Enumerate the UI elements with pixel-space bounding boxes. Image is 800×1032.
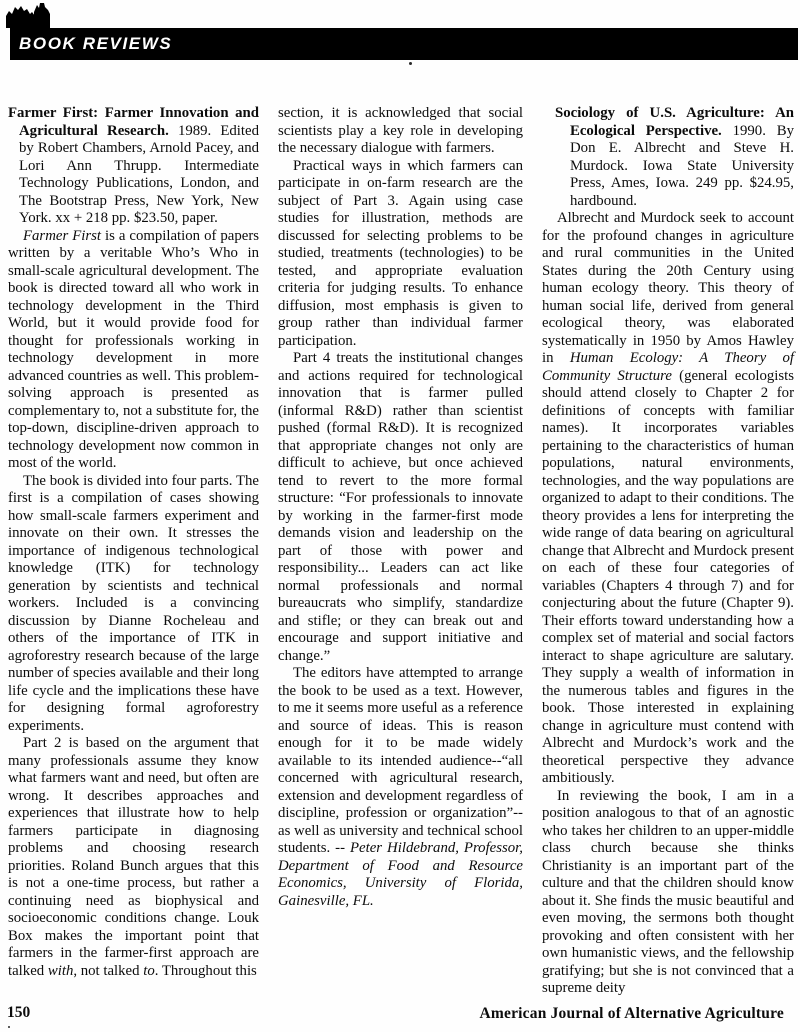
text-segment: In reviewing the book, I am in a positio… [542,788,794,997]
paragraph: The book is divided into four parts. The… [8,473,259,736]
text-segment: section, it is acknowledged that social … [278,105,523,156]
book-reviews-header-bar: BOOK REVIEWS [10,28,798,60]
scan-speck-artifact [8,1026,10,1028]
scan-speck-artifact [409,62,412,65]
paragraph: Sociology of U.S. Agriculture: An Ecolog… [542,105,794,210]
text-segment: . Throughout this [155,963,257,979]
paragraph: Farmer First: Farmer Innovation and Agri… [8,105,259,228]
text-segment: Part 4 treats the institutional changes … [278,350,523,664]
text-segment: is a compilation of papers written by a … [8,228,259,472]
text-column-3: Sociology of U.S. Agriculture: An Ecolog… [542,105,794,998]
text-segment: Practical ways in which farmers can part… [278,158,523,349]
text-segment: with [48,963,74,979]
paragraph: Part 4 treats the institutional changes … [278,350,523,665]
text-segment: , not talked [73,963,143,979]
text-column-2: section, it is acknowledged that social … [278,105,523,998]
paragraph: In reviewing the book, I am in a positio… [542,788,794,998]
text-segment: to [143,963,155,979]
text-segment: Albrecht and Murdock seek to account for… [542,210,794,366]
paragraph: Albrecht and Murdock seek to account for… [542,210,794,788]
paragraph: Farmer First is a compilation of papers … [8,228,259,473]
text-segment: Farmer First [23,228,101,244]
paragraph: section, it is acknowledged that social … [278,105,523,158]
text-segment: The book is divided into four parts. The… [8,473,259,734]
journal-title: American Journal of Alternative Agricult… [480,1005,785,1023]
paragraph: Practical ways in which farmers can part… [278,158,523,351]
section-title: BOOK REVIEWS [10,28,798,60]
text-segment: (general ecologists should attend closel… [542,368,794,787]
ink-smudge-artifact [5,2,51,28]
review-columns: Farmer First: Farmer Innovation and Agri… [8,105,794,998]
text-segment: The editors have attempted to arrange th… [278,665,523,856]
page-number: 150 [7,1004,30,1022]
text-segment: Part 2 is based on the argument that man… [8,735,259,979]
paragraph: The editors have attempted to arrange th… [278,665,523,910]
paragraph: Part 2 is based on the argument that man… [8,735,259,980]
text-column-1: Farmer First: Farmer Innovation and Agri… [8,105,259,998]
journal-page: BOOK REVIEWS Farmer First: Farmer Innova… [0,0,800,1032]
